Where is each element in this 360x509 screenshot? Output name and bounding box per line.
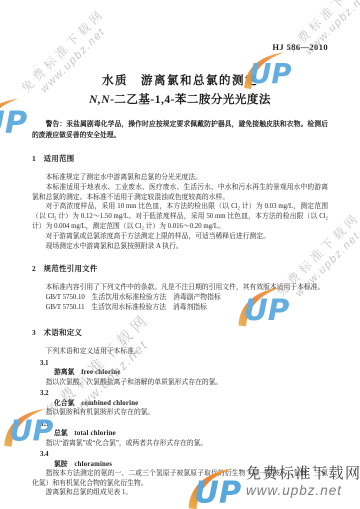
reference-item: GB/T 5750.11 生活饮用水标准检验方法 消毒剂指标 — [32, 303, 328, 313]
term-name-cn: 游离氯 — [54, 369, 74, 376]
term-number: 3.3 — [40, 420, 328, 430]
term-name-en: chloramines — [74, 461, 112, 468]
document-content: HJ 586—2010 水质 游离氯和总氯的测定 N,N-二乙基-1,4-苯二胺… — [0, 0, 360, 509]
section-1-paragraph: 对于高浓度样品，采用 10 mm 比色皿，本方法的检出限（以 Cl₂ 计）为 0… — [32, 202, 328, 231]
section-3-heading: 3 术语和定义 — [32, 327, 328, 338]
term-item: 3.3 总氯 total chlorine 指以“游离氯”或“化合氯”，或两者共… — [32, 420, 328, 449]
term-number: 3.1 — [40, 359, 328, 369]
warning-text: 警告：汞盐属剧毒化学品，操作时应按规定要求佩戴防护器具，避免接触皮肤和衣物。检测… — [32, 120, 328, 141]
doc-title: 水质 游离氯和总氯的测定 N,N-二乙基-1,4-苯二胺分光光度法 — [32, 0, 328, 107]
doc-title-line1: 水质 游离氯和总氯的测定 — [32, 72, 328, 88]
doc-title-line2-rest: -二乙基-1,4-苯二胺分光光度法 — [110, 94, 271, 106]
term-name-cn: 总氯 — [54, 430, 68, 437]
term-name: 氯胺 chloramines — [54, 460, 328, 470]
doc-title-line2-italic: N,N — [89, 94, 110, 106]
term-item: 3.1 游离氯 free chlorine 指以次氯酸、次氯酸盐离子和溶解的单质… — [32, 359, 328, 388]
term-name: 总氯 total chlorine — [54, 429, 328, 439]
term-item: 3.2 化合氯 combined chlorine 指以氯胺和有机氯胺形式存在的… — [32, 389, 328, 418]
term-number: 3.2 — [40, 389, 328, 399]
term-name-cn: 化合氯 — [54, 400, 74, 407]
standard-number: HJ 586—2010 — [272, 42, 328, 52]
closing-note: 游离氯和总氯的组成见表 1。 — [32, 488, 328, 498]
term-name-cn: 氯胺 — [54, 461, 68, 468]
section-1-paragraph: 本标准规定了测定水中游离氯和总氯的分光光度法。 — [32, 173, 328, 183]
doc-title-line2: N,N-二乙基-1,4-苯二胺分光光度法 — [32, 91, 328, 107]
term-definition: 指以次氯酸、次氯酸盐离子和溶解的单质氯形式存在的氯。 — [32, 378, 328, 388]
section-2-heading: 2 规范性引用文件 — [32, 263, 328, 274]
term-name-en: total chlorine — [74, 430, 116, 437]
section-1-paragraph: 对于游离氯或总氯浓度高于方法测定上限的样品，可适当稀释后进行测定。 — [32, 232, 328, 242]
section-2-intro: 本标准内容引用了下列文件中的条款。凡是不注日期的引用文件，其有效版本适用于本标准… — [32, 283, 328, 293]
term-name: 游离氯 free chlorine — [54, 368, 328, 378]
term-name-en: free chlorine — [81, 369, 120, 376]
term-name: 化合氯 combined chlorine — [54, 399, 328, 409]
section-3-intro: 下列术语和定义适用于本标准。 — [32, 347, 328, 357]
term-definition: 指以氯胺和有机氯胺形式存在的氯。 — [32, 408, 328, 418]
term-name-en: combined chlorine — [81, 400, 138, 407]
section-1-paragraph: 现场测定水中游离氯和总氯按照附录 A 执行。 — [32, 242, 328, 252]
term-definition: 指以“游离氯”或“化合氯”，或两者共存形式存在的氯。 — [32, 439, 328, 449]
term-number: 3.4 — [40, 450, 328, 460]
term-definition: 指按本方法测定的氨的一、二或三个氢原子被氯原子取代的衍生物（如一氯胺、二氯胺、三… — [32, 469, 328, 488]
reference-item: GB/T 5750.10 生活饮用水标准检验方法 消毒副产物指标 — [32, 293, 328, 303]
section-1-paragraph: 本标准适用于地表水、工业废水、医疗废水、生活污水、中水和污水再生的景观用水中的游… — [32, 183, 328, 203]
page-number: 1 — [313, 464, 317, 473]
term-item: 3.4 氯胺 chloramines 指按本方法测定的氨的一、二或三个氢原子被氯… — [32, 450, 328, 488]
document-page: { "header": { "standard_number": "HJ 586… — [0, 0, 360, 509]
section-1-heading: 1 适用范围 — [32, 153, 328, 164]
